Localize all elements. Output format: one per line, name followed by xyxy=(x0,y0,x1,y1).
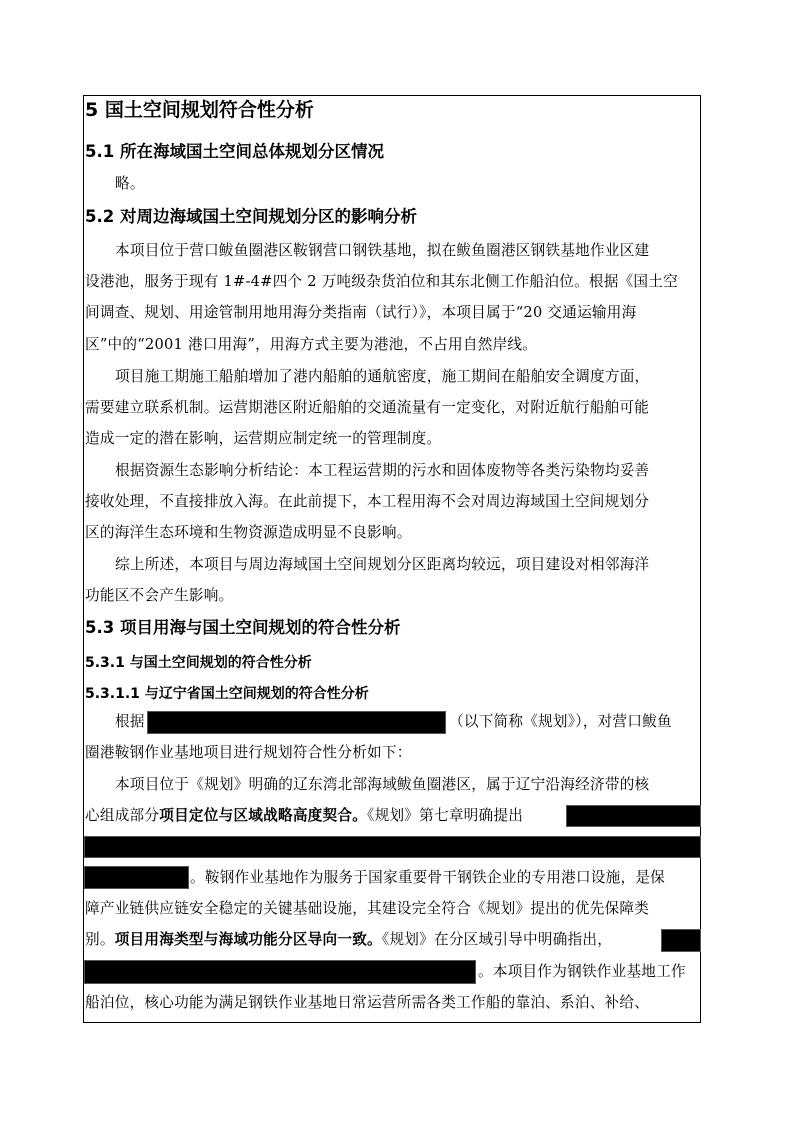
section-heading-5: 5 国土空间规划符合性分析 xyxy=(85,100,314,120)
text-span: 别。 xyxy=(85,931,115,948)
redaction-bar xyxy=(84,866,189,889)
paragraph-line: 。鞍钢作业基地作为服务于国家重要骨干钢铁企业的专用港口设施，是保 xyxy=(190,868,665,888)
paragraph-line: 项目施工期施工船舶增加了港内船舶的通航密度，施工期间在船舶安全调度方面， xyxy=(115,367,649,387)
redaction-bar xyxy=(147,711,446,734)
redaction-bar xyxy=(566,805,701,827)
paragraph-line: 功能区不会产生影响。 xyxy=(85,586,233,606)
paragraph-line: 本项目位于营口鲅鱼圈港区鞍钢营口钢铁基地，拟在鲅鱼圈港区钢铁基地作业区建 xyxy=(115,241,649,261)
paragraph-line: 根据资源生态影响分析结论：本工程运营期的污水和固体废物等各类污染物均妥善 xyxy=(115,461,649,481)
bold-emphasis: 项目定位与区域战略高度契合。 xyxy=(159,807,367,824)
section-heading-5-1: 5.1 所在海域国土空间总体规划分区情况 xyxy=(85,142,384,162)
paragraph-line: 造成一定的潜在影响，运营期应制定统一的管理制度。 xyxy=(85,429,441,449)
paragraph-line: 根据 xyxy=(115,712,145,732)
paragraph-line: 别。项目用海类型与海域功能分区导向一致。《规划》在分区域引导中明确指出， xyxy=(85,930,612,950)
paragraph-line: 区”中的“2001 港口用海”，用海方式主要为港池，不占用自然岸线。 xyxy=(85,335,537,355)
paragraph-line: 本项目位于《规划》明确的辽东湾北部海域鲅鱼圈港区，属于辽宁沿海经济带的核 xyxy=(115,775,649,795)
paragraph-line: （以下简称《规划》），对营口鲅鱼 xyxy=(449,712,672,732)
paragraph-line: 船泊位，核心功能为满足钢铁作业基地日常运营所需各类工作船的靠泊、系泊、补给、 xyxy=(85,993,649,1013)
paragraph-line: 间调查、规划、用途管制用地用海分类指南（试行）》，本项目属于“20 交通运输用海 xyxy=(85,303,636,323)
redaction-bar xyxy=(84,960,476,984)
section-heading-5-3-1: 5.3.1 与国土空间规划的符合性分析 xyxy=(85,653,312,673)
section-heading-5-3-1-1: 5.3.1.1 与辽宁省国土空间规划的符合性分析 xyxy=(85,684,369,704)
paragraph-line: 区的海洋生态环境和生物资源造成明显不良影响。 xyxy=(85,523,412,543)
text-span: 心组成部分 xyxy=(85,807,159,824)
paragraph-5-1: 略。 xyxy=(115,174,145,194)
paragraph-line: 需要建立联系机制。运营期港区附近船舶的交通流量有一定变化，对附近航行船舶可能 xyxy=(85,398,649,418)
section-heading-5-3: 5.3 项目用海与国土空间规划的符合性分析 xyxy=(85,618,400,638)
redaction-bar xyxy=(84,836,701,858)
paragraph-line: 设港池，服务于现有 1#-4#四个 2 万吨级杂货泊位和其东北侧工作船泊位。根据… xyxy=(85,272,678,292)
bold-emphasis: 项目用海类型与海域功能分区导向一致。 xyxy=(115,931,382,948)
paragraph-line: 综上所述，本项目与周边海域国土空间规划分区距离均较远，项目建设对相邻海洋 xyxy=(115,555,649,575)
paragraph-line: 接收处理，不直接排放入海。在此前提下，本工程用海不会对周边海域国土空间规划分 xyxy=(85,492,649,512)
section-heading-5-2: 5.2 对周边海域国土空间规划分区的影响分析 xyxy=(85,207,417,227)
paragraph-line: 。本项目作为钢铁作业基地工作 xyxy=(478,962,686,982)
text-span: 《规划》第七章明确提出 xyxy=(367,807,523,824)
redaction-bar xyxy=(661,929,701,952)
text-span: 《规划》在分区域引导中明确指出， xyxy=(382,931,612,948)
paragraph-line: 圈港鞍钢作业基地项目进行规划符合性分析如下： xyxy=(85,743,412,763)
paragraph-line: 心组成部分项目定位与区域战略高度契合。《规划》第七章明确提出 xyxy=(85,806,523,826)
paragraph-line: 障产业链供应链安全稳定的关键基础设施，其建设完全符合《规划》提出的优先保障类 xyxy=(85,899,649,919)
